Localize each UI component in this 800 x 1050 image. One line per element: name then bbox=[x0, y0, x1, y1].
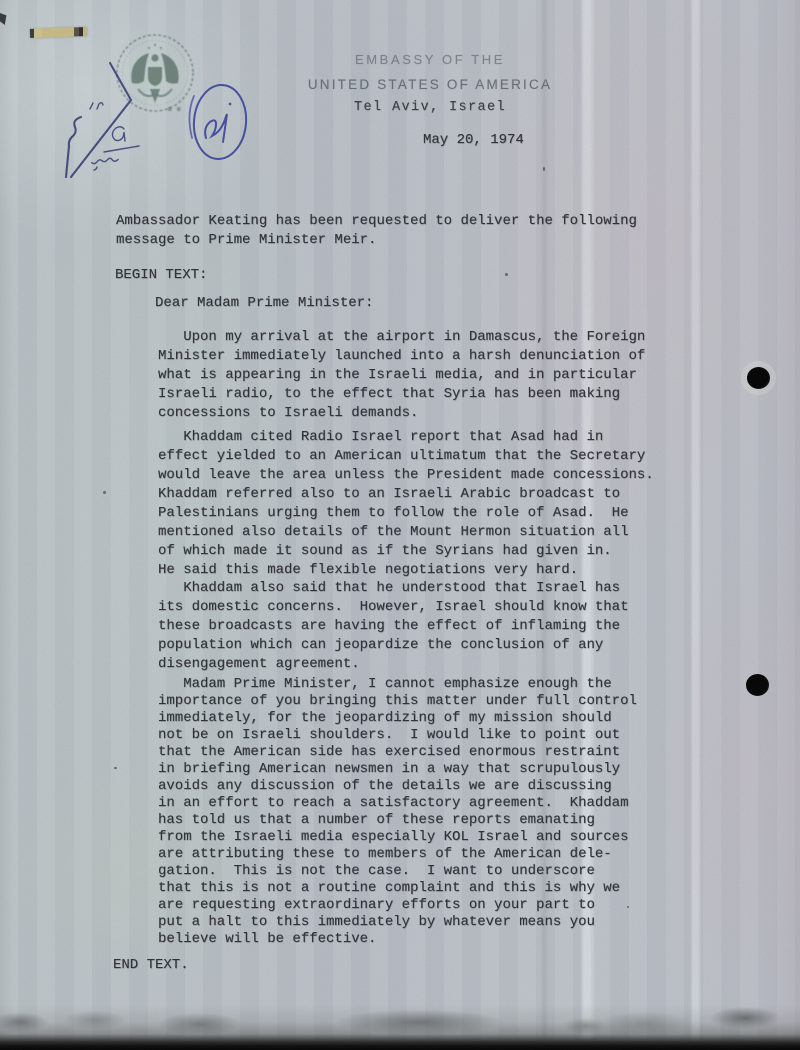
ink-speck bbox=[103, 491, 106, 494]
pen-checkmark-icon bbox=[50, 55, 160, 185]
intro-paragraph: Ambassador Keating has been requested to… bbox=[116, 212, 637, 250]
date-line: May 20, 1974 bbox=[423, 131, 524, 150]
letterhead-line-2: UNITED STATES OF AMERICA bbox=[255, 73, 605, 96]
letterhead-line-1: EMBASSY OF THE bbox=[255, 46, 605, 73]
paragraph-4: Madam Prime Minister, I cannot emphasize… bbox=[158, 676, 637, 948]
begin-text-marker: BEGIN TEXT: bbox=[115, 266, 207, 285]
hole-punch-top bbox=[747, 367, 770, 389]
ink-speck bbox=[114, 767, 117, 769]
bottom-edge-smudge bbox=[0, 1004, 800, 1050]
pen-circled-initials-icon bbox=[186, 80, 256, 172]
salutation: Dear Madam Prime Minister: bbox=[155, 294, 373, 313]
end-text-marker: END TEXT. bbox=[113, 956, 189, 975]
tape-mark bbox=[30, 27, 87, 38]
ink-speck bbox=[627, 906, 629, 908]
scanned-letter-page: EMBASSY OF THE UNITED STATES OF AMERICA … bbox=[0, 0, 800, 1050]
hole-punch-bottom bbox=[746, 674, 769, 696]
paragraph-2: Khaddam cited Radio Israel report that A… bbox=[158, 428, 654, 580]
letterhead: EMBASSY OF THE UNITED STATES OF AMERICA … bbox=[255, 46, 605, 120]
page-corner-speck bbox=[0, 13, 8, 25]
ink-speck bbox=[505, 273, 508, 276]
paragraph-3: Khaddam also said that he understood tha… bbox=[158, 579, 628, 674]
ink-speck bbox=[543, 167, 545, 171]
letterhead-city-line: Tel Aviv, Israel bbox=[255, 96, 605, 120]
paragraph-1: Upon my arrival at the airport in Damasc… bbox=[158, 328, 645, 423]
